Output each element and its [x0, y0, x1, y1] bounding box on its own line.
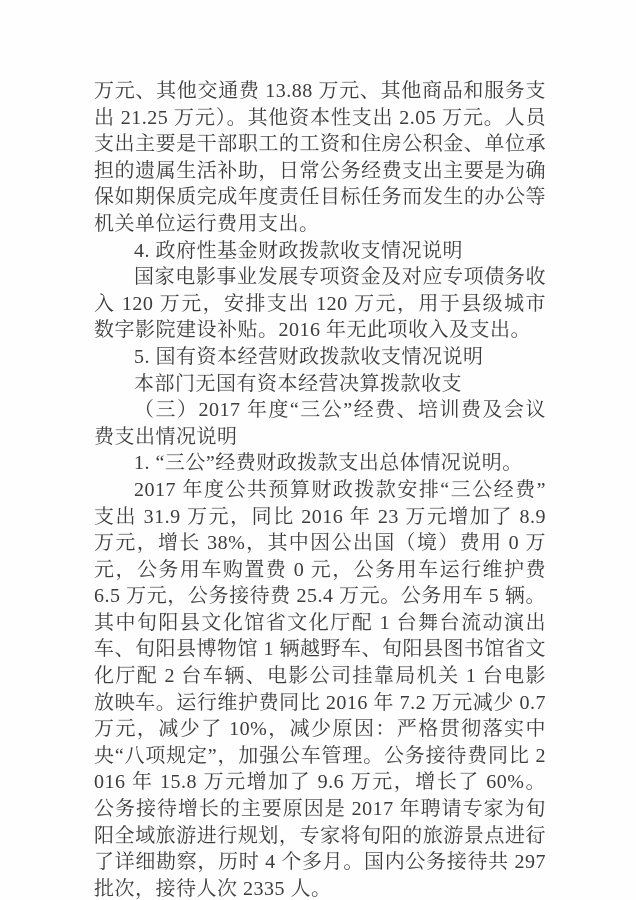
heading-three-public-overview: 1. “三公”经费财政拨款支出总体情况说明。 — [94, 450, 546, 477]
paragraph-three-public-detail: 2017 年度公共预算财政拨款安排“三公经费”支出 31.9 万元，同比 201… — [94, 477, 546, 900]
paragraph-film-fund-detail: 国家电影事业发展专项资金及对应专项债务收入 120 万元，安排支出 120 万元… — [94, 264, 546, 344]
heading-section-4-government-fund: 4. 政府性基金财政拨款收支情况说明 — [94, 238, 546, 265]
paragraph-expense-continuation: 万元、其他交通费 13.88 万元、其他商品和服务支出 21.25 万元）。其他… — [94, 78, 546, 238]
paragraph-no-state-capital: 本部门无国有资本经营决算拨款收支 — [94, 371, 546, 398]
heading-section-5-state-capital: 5. 国有资本经营财政拨款收支情况说明 — [94, 344, 546, 371]
page-number: 13 — [522, 834, 542, 845]
heading-section-3-three-public-expenses: （三）2017 年度“三公”经费、培训费及会议费支出情况说明 — [94, 397, 546, 450]
document-page: 万元、其他交通费 13.88 万元、其他商品和服务支出 21.25 万元）。其他… — [0, 0, 636, 900]
document-body: 万元、其他交通费 13.88 万元、其他商品和服务支出 21.25 万元）。其他… — [94, 78, 546, 900]
